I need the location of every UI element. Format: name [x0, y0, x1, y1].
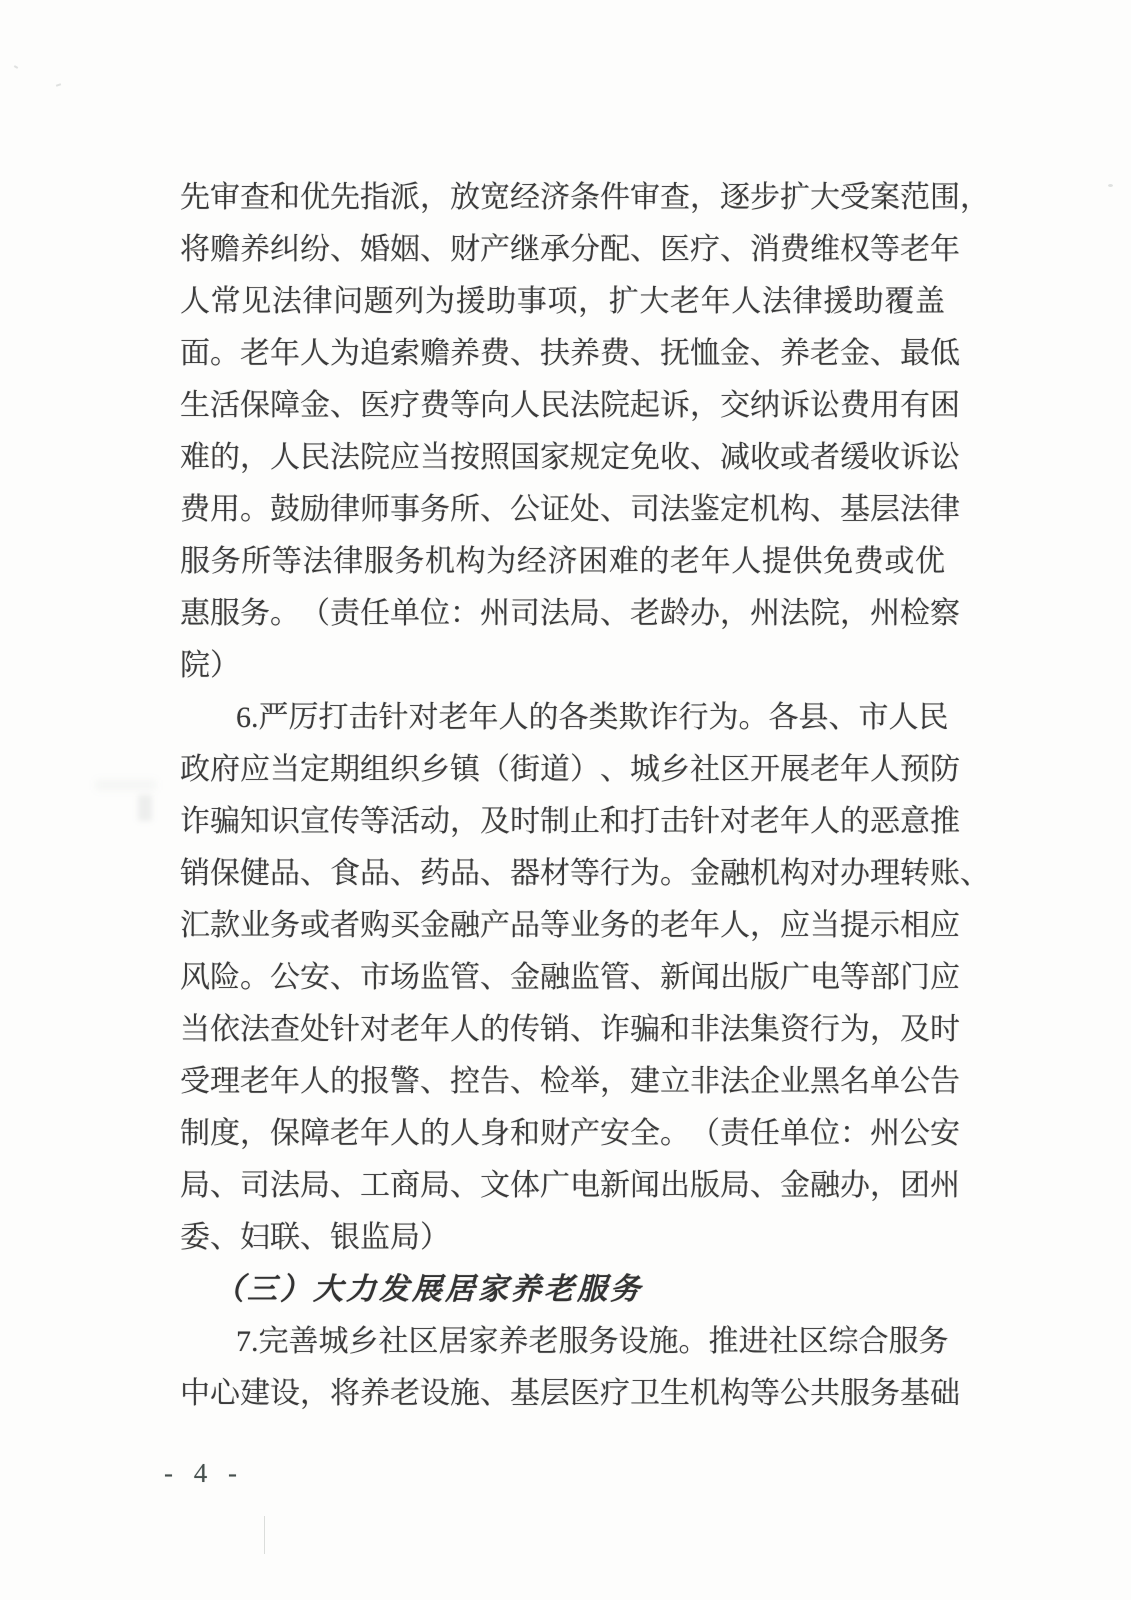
- text-line: 当依法查处针对老年人的传销、诈骗和非法集资行为，及时: [180, 1004, 945, 1056]
- text-line: 院）: [180, 640, 945, 692]
- scan-artifact: [1108, 184, 1113, 187]
- text-line: 先审查和优先指派，放宽经济条件审查，逐步扩大受案范围，: [180, 172, 945, 224]
- section-heading: （三）大力发展居家养老服务: [180, 1264, 945, 1316]
- page-number: - 4 -: [164, 1458, 244, 1489]
- text-line: 服务所等法律服务机构为经济困难的老年人提供免费或优: [180, 536, 945, 588]
- scan-artifact: [138, 795, 152, 821]
- text-line: 中心建设，将养老设施、基层医疗卫生机构等公共服务基础: [180, 1368, 945, 1420]
- scanned-document-page: 先审查和优先指派，放宽经济条件审查，逐步扩大受案范围， 将赡养纠纷、婚姻、财产继…: [0, 0, 1131, 1600]
- text-line: 制度，保障老年人的人身和财产安全。（责任单位：州公安: [180, 1108, 945, 1160]
- text-line: 费用。鼓励律师事务所、公证处、司法鉴定机构、基层法律: [180, 484, 945, 536]
- text-line: 风险。公安、市场监管、金融监管、新闻出版广电等部门应: [180, 952, 945, 1004]
- scan-artifact: [264, 1516, 265, 1554]
- document-body: 先审查和优先指派，放宽经济条件审查，逐步扩大受案范围， 将赡养纠纷、婚姻、财产继…: [180, 172, 945, 1420]
- text-line: 惠服务。（责任单位：州司法局、老龄办，州法院，州检察: [180, 588, 945, 640]
- text-line: 人常见法律问题列为援助事项，扩大老年人法律援助覆盖: [180, 276, 945, 328]
- text-line: 面。老年人为追索赡养费、扶养费、抚恤金、养老金、最低: [180, 328, 945, 380]
- text-line: 受理老年人的报警、控告、检举，建立非法企业黑名单公告: [180, 1056, 945, 1108]
- scan-artifact: [56, 83, 61, 87]
- text-line: 生活保障金、医疗费等向人民法院起诉，交纳诉讼费用有困: [180, 380, 945, 432]
- text-line: 诈骗知识宣传等活动，及时制止和打击针对老年人的恶意推: [180, 796, 945, 848]
- scan-artifact: [96, 780, 156, 790]
- text-line: 7.完善城乡社区居家养老服务设施。推进社区综合服务: [180, 1316, 945, 1368]
- scan-artifact: [14, 65, 18, 69]
- text-line: 难的，人民法院应当按照国家规定免收、减收或者缓收诉讼: [180, 432, 945, 484]
- text-line: 6.严厉打击针对老年人的各类欺诈行为。各县、市人民: [180, 692, 945, 744]
- text-line: 汇款业务或者购买金融产品等业务的老年人，应当提示相应: [180, 900, 945, 952]
- text-line: 政府应当定期组织乡镇（街道）、城乡社区开展老年人预防: [180, 744, 945, 796]
- text-line: 局、司法局、工商局、文体广电新闻出版局、金融办，团州: [180, 1160, 945, 1212]
- text-line: 委、妇联、银监局）: [180, 1212, 945, 1264]
- text-line: 销保健品、食品、药品、器材等行为。金融机构对办理转账、: [180, 848, 945, 900]
- text-line: 将赡养纠纷、婚姻、财产继承分配、医疗、消费维权等老年: [180, 224, 945, 276]
